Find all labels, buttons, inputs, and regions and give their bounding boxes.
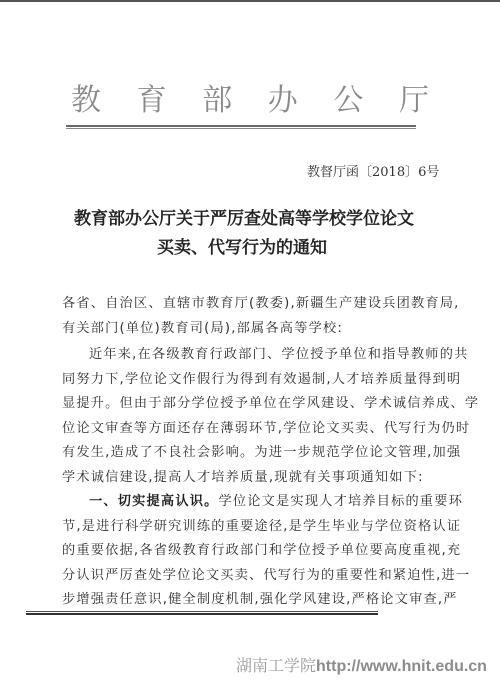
paragraph-text: 学位论文是实现人才培养目标的重要环 (219, 494, 464, 509)
header-char: 厅 (396, 75, 432, 119)
page-top-edge (0, 0, 500, 2)
issuing-office-header: 教 育 部 办 公 厅 (68, 75, 432, 119)
document-number: 教督厅函〔2018〕6号 (307, 161, 439, 180)
salutation-line: 各省、自治区、直辖市教育厅(教委),新疆生产建设兵团教育局, (62, 292, 462, 317)
header-divider (66, 125, 416, 129)
source-watermark: 湖南工学院http://www.hnit.edu.cn (236, 653, 487, 676)
document-title-line-1: 教育部办公厅关于严厉查处高等学校学位论文 (0, 204, 494, 229)
paragraph-line: 有发生,造成了不良社会影响。为进一步规范学位论文管理,加强 (62, 441, 462, 466)
paragraph-line: 节,是进行科学研究训练的重要途径,是学生毕业与学位资格认证 (62, 515, 462, 540)
paragraph-line: 位论文审查等方面还存在薄弱环节,学位论文买卖、代写行为仍时 (62, 417, 462, 442)
section-heading: 一、切实提高认识。 (89, 494, 219, 509)
paragraph-line: 学术诚信建设,提高人才培养质量,现就有关事项通知如下: (62, 466, 462, 491)
footer-divider (26, 611, 378, 615)
paragraph-intro: 近年来,在各级教育行政部门、学位授予单位和指导教师的共 同努力下,学位论文作假行… (62, 343, 462, 490)
paragraph-line: 同努力下,学位论文作假行为得到有效遏制,人才培养质量得到明 (62, 368, 462, 393)
document-title-line-2: 买卖、代写行为的通知 (0, 233, 492, 258)
paragraph-line: 步增强责任意识,健全制度机制,强化学风建设,严格论文审查,严 (62, 588, 462, 613)
paragraph-line: 一、切实提高认识。学位论文是实现人才培养目标的重要环 (62, 490, 462, 515)
salutation-line: 有关部门(单位)教育司(局),部属各高等学校: (62, 317, 462, 342)
paragraph-line: 的重要依据,各省级教育行政部门和学位授予单位要高度重视,充 (62, 539, 462, 564)
salutation: 各省、自治区、直辖市教育厅(教委),新疆生产建设兵团教育局, 有关部门(单位)教… (62, 292, 462, 341)
watermark-institution: 湖南工学院 (236, 656, 316, 675)
header-char: 办 (265, 75, 301, 119)
header-char: 育 (134, 75, 170, 119)
header-char: 教 (68, 75, 104, 119)
paragraph-line: 分认识严厉查处学位论文买卖、代写行为的重要性和紧迫性,进一 (62, 564, 462, 589)
paragraph-line: 显提升。但由于部分学位授予单位在学风建设、学术诚信养成、学 (62, 392, 462, 417)
paragraph-line: 近年来,在各级教育行政部门、学位授予单位和指导教师的共 (62, 343, 462, 368)
paragraph-section-one: 一、切实提高认识。学位论文是实现人才培养目标的重要环 节,是进行科学研究训练的重… (62, 490, 462, 613)
watermark-url: http://www.hnit.edu.cn (316, 658, 487, 675)
header-char: 公 (330, 75, 366, 119)
header-char: 部 (199, 75, 235, 119)
